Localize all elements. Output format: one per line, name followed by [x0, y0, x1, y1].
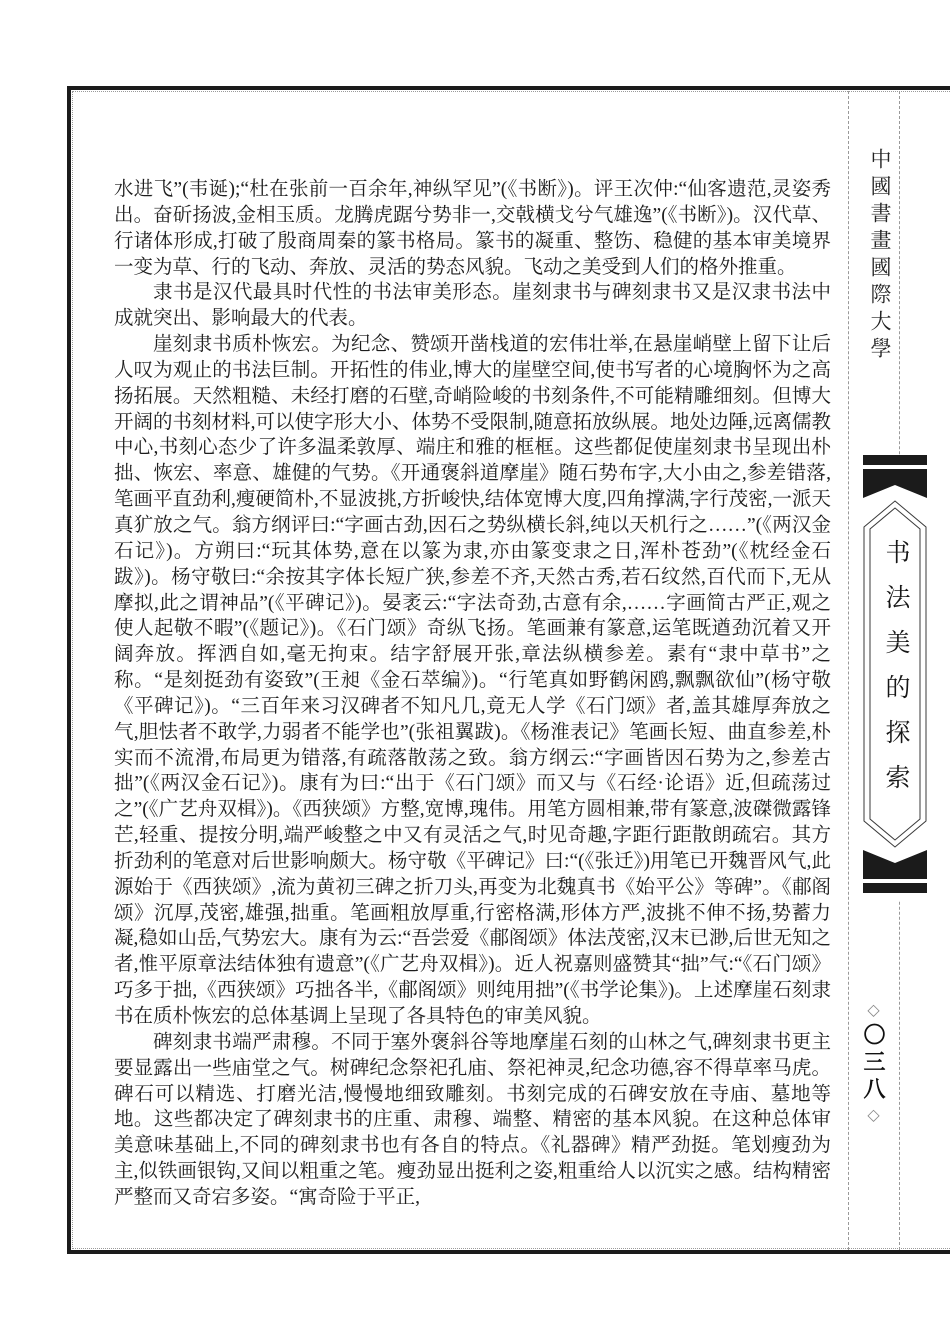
paragraph: 碑刻隶书端严肃穆。不同于塞外褒斜谷等地摩崖石刻的山林之气,碑刻隶书更主要显露出一…: [114, 1030, 831, 1211]
scanned-book-page: 水进飞”(韦诞);“杜在张前一百余年,神纵罕见”(《书断》)。评王次仲:“仙客遗…: [0, 0, 950, 1344]
paragraph: 隶书是汉代最具时代性的书法审美形态。崖刻隶书与碑刻隶书又是汉隶书法中成就突出、影…: [114, 280, 831, 332]
chapter-title: 书法美的探索: [863, 500, 927, 848]
banner-hexagon: 书法美的探索: [863, 500, 927, 848]
body-text: 水进飞”(韦诞);“杜在张前一百余年,神纵罕见”(《书断》)。评王次仲:“仙客遗…: [114, 177, 831, 1211]
page-number-block: ◇ 〇三八 ◇: [853, 1003, 894, 1124]
chapter-banner: 书法美的探索: [863, 455, 927, 901]
diamond-ornament-icon: ◇: [867, 1108, 879, 1124]
banner-top-ribbon: [863, 469, 927, 498]
banner-bottom-bar: [863, 883, 927, 893]
sidebar-divider-left: [848, 91, 849, 1250]
university-name: 中國書畫國際大學: [855, 148, 895, 364]
banner-top-bar: [863, 455, 927, 465]
paragraph: 水进飞”(韦诞);“杜在张前一百余年,神纵罕见”(《书断》)。评王次仲:“仙客遗…: [114, 177, 831, 280]
page-number: 〇三八: [858, 1023, 889, 1104]
diamond-ornament-icon: ◇: [867, 1003, 879, 1019]
paragraph: 崖刻隶书质朴恢宏。为纪念、赞颂开凿栈道的宏伟壮举,在悬崖峭壁上留下让后人叹为观止…: [114, 332, 831, 1030]
banner-bottom-ribbon: [863, 850, 927, 879]
